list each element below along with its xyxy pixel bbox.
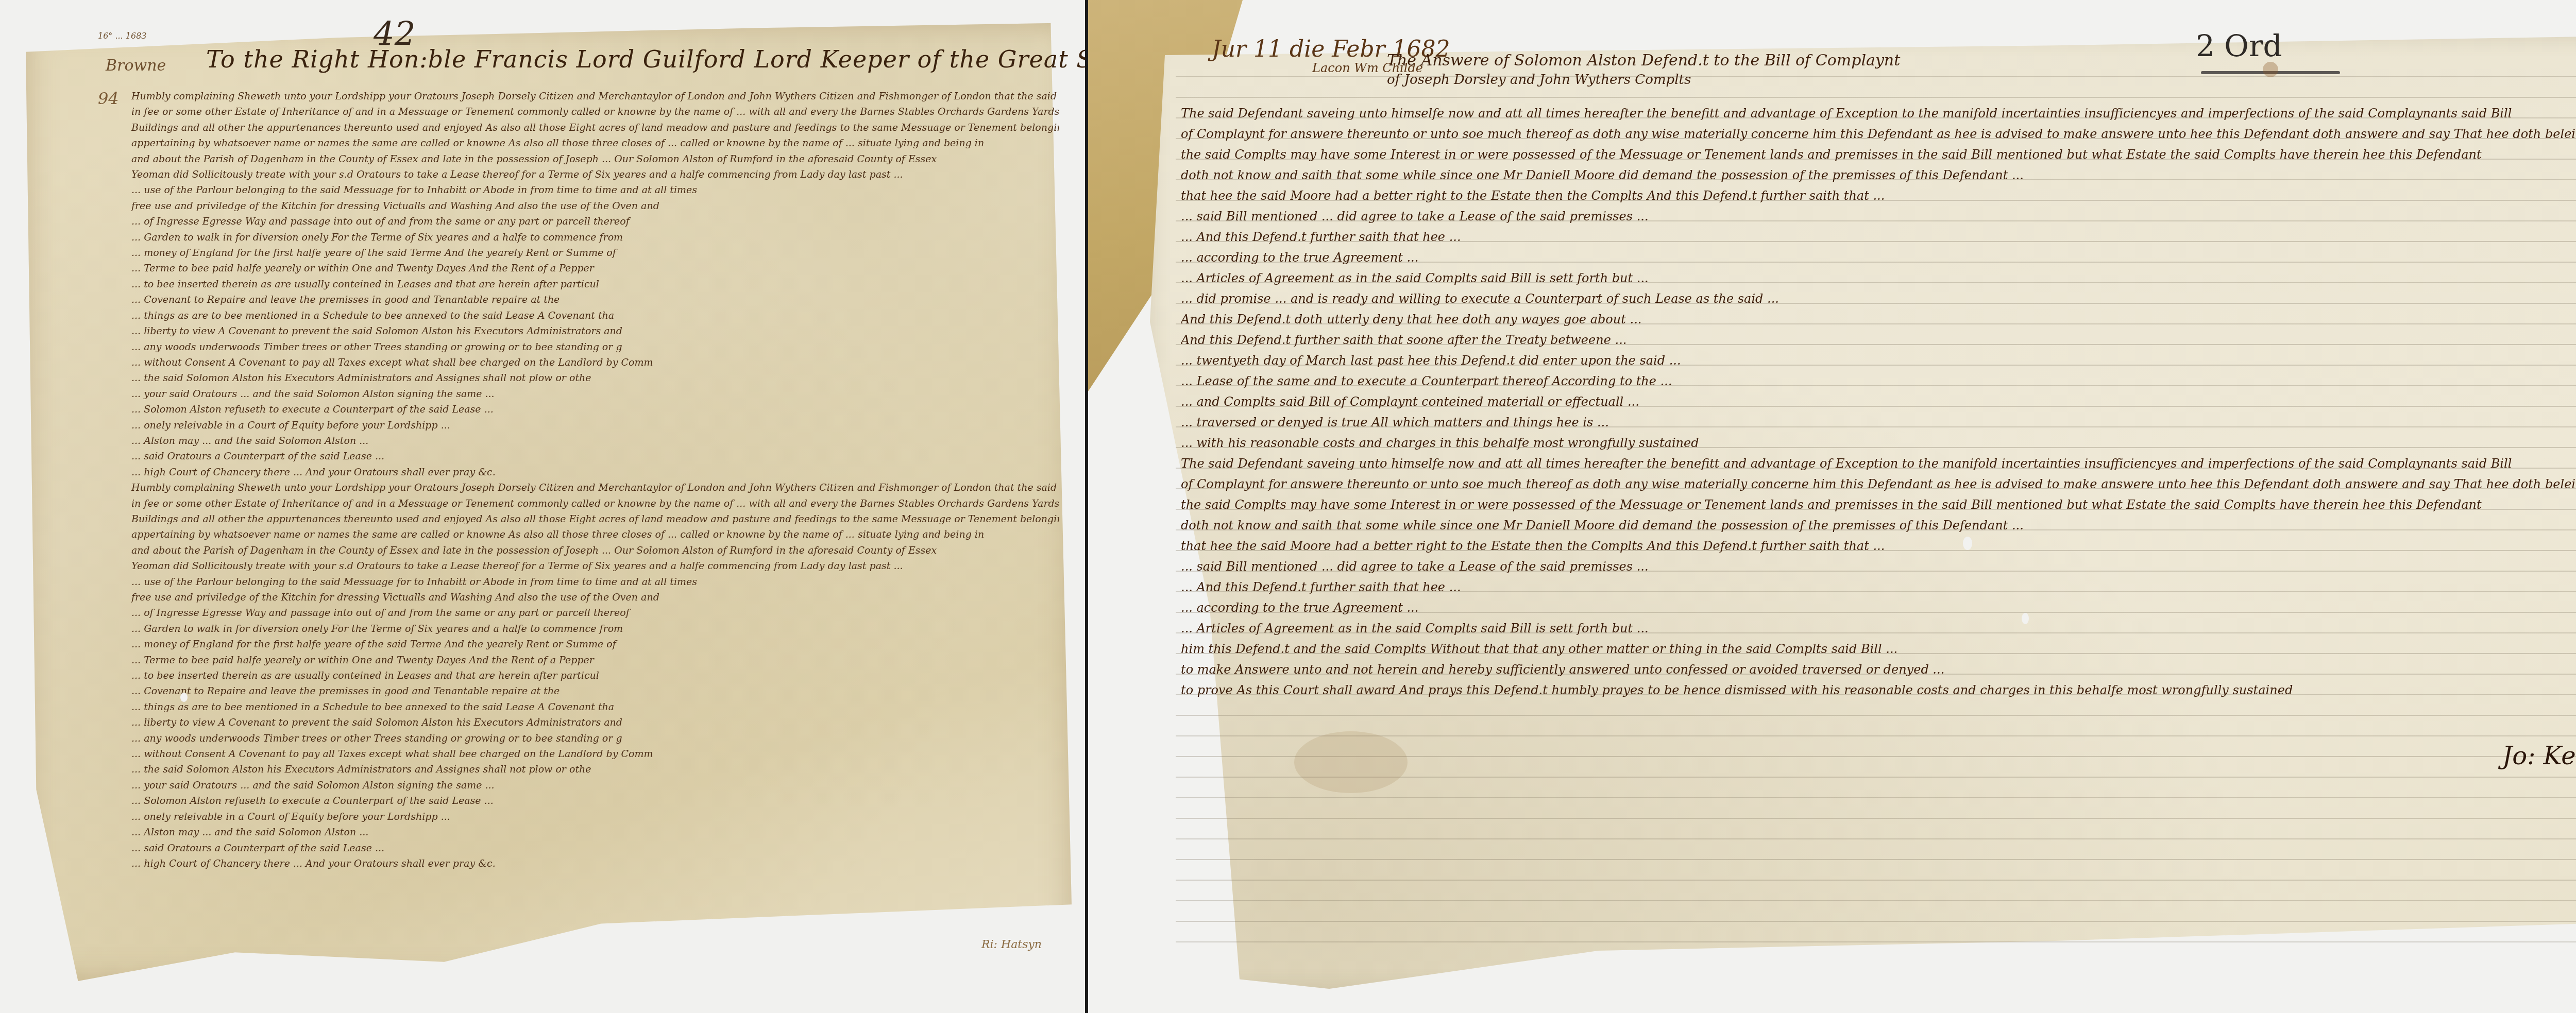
text-line: the said Complts may have some Interest … <box>1181 494 2576 515</box>
text-line: ... onely releivable in a Court of Equit… <box>131 418 1059 433</box>
text-line: ... traversed or denyed is true All whic… <box>1181 412 2576 433</box>
text-line: ... your said Oratours ... and the said … <box>131 778 1059 793</box>
text-line: ... Covenant to Repaire and leave the pr… <box>131 683 1059 699</box>
text-line: to make Answere unto and not herein and … <box>1181 659 2576 680</box>
text-line: ... Terme to bee paid halfe yearely or w… <box>131 261 1059 276</box>
text-line: ... money of England for the first halfe… <box>131 245 1059 261</box>
text-line: ... the said Solomon Alston his Executor… <box>131 762 1059 777</box>
margin-name-note: Browne <box>106 57 166 75</box>
text-line: the said Complts may have some Interest … <box>1181 144 2576 165</box>
text-line: ... of Ingresse Egresse Way and passage … <box>131 214 1059 229</box>
text-line: ... things as are to bee mentioned in a … <box>131 308 1059 323</box>
text-line: ... said Bill mentioned ... did agree to… <box>1181 556 2576 577</box>
answer-heading-line2: of Joseph Dorsley and John Wythers Compl… <box>1387 72 1691 88</box>
text-line: ... Lease of the same and to execute a C… <box>1181 371 2576 391</box>
bill-heading: To the Right Hon:ble Francis Lord Guilfo… <box>206 45 1085 73</box>
text-line: to prove As this Court shall award And p… <box>1181 680 2576 700</box>
text-line: And this Defend.t further saith that soo… <box>1181 330 2576 350</box>
text-line: ... Covenant to Repaire and leave the pr… <box>131 292 1059 307</box>
left-signature: Ri: Hatsyn <box>981 938 1042 951</box>
text-line: free use and priviledge of the Kitchin f… <box>131 590 1059 605</box>
text-line: ... Alston may ... and the said Solomon … <box>131 433 1059 449</box>
answer-body: The said Defendant saveing unto himselfe… <box>1181 103 2576 700</box>
parchment-hole <box>180 693 188 702</box>
text-line: ... any woods underwoods Timber trees or… <box>131 339 1059 355</box>
margin-number: 94 <box>98 89 119 108</box>
text-line: ... said Oratours a Counterpart of the s… <box>131 840 1059 856</box>
text-line: ... Articles of Agreement as in the said… <box>1181 618 2576 639</box>
text-line: ... said Oratours a Counterpart of the s… <box>131 449 1059 464</box>
text-line: of Complaynt for answere thereunto or un… <box>1181 474 2576 494</box>
text-line: that hee the said Moore had a better rig… <box>1181 536 2576 556</box>
text-line: ... twentyeth day of March last past hee… <box>1181 350 2576 371</box>
text-line: ... any woods underwoods Timber trees or… <box>131 731 1059 746</box>
text-line: ... liberty to view A Covenant to preven… <box>131 715 1059 730</box>
margin-date-note: 16° ... 1683 <box>98 31 147 41</box>
left-document-panel: 42 16° ... 1683 Browne 94 To the Right H… <box>0 0 1085 1013</box>
parchment-hole <box>1963 537 1972 550</box>
text-line: of Complaynt for answere thereunto or un… <box>1181 124 2576 144</box>
text-line: and about the Parish of Dagenham in the … <box>131 543 1059 558</box>
text-line: doth not know and saith that some while … <box>1181 165 2576 185</box>
text-line: ... high Court of Chancery there ... And… <box>131 465 1059 480</box>
text-line: ... high Court of Chancery there ... And… <box>131 856 1059 871</box>
ink-stain <box>2263 62 2278 77</box>
text-line: ... Alston may ... and the said Solomon … <box>131 825 1059 840</box>
text-line: Humbly complaining Sheweth unto your Lor… <box>131 480 1059 495</box>
text-line: appertaining by whatsoever name or names… <box>131 135 1059 151</box>
answer-heading: The Answere of Solomon Alston Defend.t t… <box>1387 51 1900 70</box>
text-line: ... without Consent A Covenant to pay al… <box>131 746 1059 762</box>
text-line: ... use of the Parlour belonging to the … <box>131 574 1059 590</box>
text-line: ... with his reasonable costs and charge… <box>1181 433 2576 453</box>
text-line: ... according to the true Agreement ... <box>1181 597 2576 618</box>
text-line: And this Defend.t doth utterly deny that… <box>1181 309 2576 330</box>
text-line: ... said Bill mentioned ... did agree to… <box>1181 206 2576 227</box>
text-line: ... your said Oratours ... and the said … <box>131 386 1059 402</box>
right-signature: Jo: Keene <box>2502 742 2576 770</box>
text-line: ... did promise ... and is ready and wil… <box>1181 288 2576 309</box>
text-line: ... of Ingresse Egresse Way and passage … <box>131 605 1059 621</box>
text-line: and about the Parish of Dagenham in the … <box>131 151 1059 167</box>
text-line: appertaining by whatsoever name or names… <box>131 527 1059 542</box>
text-line: ... to bee inserted therein as are usual… <box>131 668 1059 683</box>
text-line: Yeoman did Sollicitously treate with you… <box>131 167 1059 182</box>
right-document-panel: Jur 11 die Febr 1682 Lacon Wm Childe The… <box>1088 0 2576 1013</box>
text-line: Yeoman did Sollicitously treate with you… <box>131 558 1059 574</box>
text-line: Humbly complaining Sheweth unto your Lor… <box>131 89 1059 104</box>
text-line: ... the said Solomon Alston his Executor… <box>131 370 1059 386</box>
text-line: ... onely releivable in a Court of Equit… <box>131 809 1059 825</box>
text-line: ... without Consent A Covenant to pay al… <box>131 355 1059 370</box>
text-line: ... according to the true Agreement ... <box>1181 247 2576 268</box>
text-line: ... And this Defend.t further saith that… <box>1181 227 2576 247</box>
text-line: ... Solomon Alston refuseth to execute a… <box>131 793 1059 809</box>
text-line: him this Defend.t and the said Complts W… <box>1181 639 2576 659</box>
text-line: ... things as are to bee mentioned in a … <box>131 699 1059 715</box>
text-line: that hee the said Moore had a better rig… <box>1181 185 2576 206</box>
faded-stain <box>1294 731 1408 793</box>
text-line: ... Terme to bee paid halfe yearely or w… <box>131 653 1059 668</box>
text-line: ... liberty to view A Covenant to preven… <box>131 323 1059 339</box>
text-line: The said Defendant saveing unto himselfe… <box>1181 453 2576 474</box>
parchment-hole <box>2022 613 2029 624</box>
bill-body: Humbly complaining Sheweth unto your Lor… <box>131 89 1059 871</box>
text-line: ... and Complts said Bill of Complaynt c… <box>1181 391 2576 412</box>
text-line: ... Solomon Alston refuseth to execute a… <box>131 402 1059 417</box>
text-line: ... Garden to walk in for diversion onel… <box>131 621 1059 637</box>
text-line: ... to bee inserted therein as are usual… <box>131 277 1059 292</box>
text-line: Buildings and all other the appurtenance… <box>131 120 1059 135</box>
text-line: ... use of the Parlour belonging to the … <box>131 182 1059 198</box>
text-line: ... money of England for the first halfe… <box>131 637 1059 652</box>
text-line: ... And this Defend.t further saith that… <box>1181 577 2576 597</box>
text-line: ... Garden to walk in for diversion onel… <box>131 230 1059 245</box>
text-line: ... Articles of Agreement as in the said… <box>1181 268 2576 288</box>
text-line: free use and priviledge of the Kitchin f… <box>131 198 1059 214</box>
text-line: in fee or some other Estate of Inheritan… <box>131 104 1059 119</box>
text-line: in fee or some other Estate of Inheritan… <box>131 496 1059 511</box>
text-line: The said Defendant saveing unto himselfe… <box>1181 103 2576 124</box>
text-line: doth not know and saith that some while … <box>1181 515 2576 536</box>
order-mark: 2 Ord <box>2196 28 2282 63</box>
text-line: Buildings and all other the appurtenance… <box>131 511 1059 527</box>
